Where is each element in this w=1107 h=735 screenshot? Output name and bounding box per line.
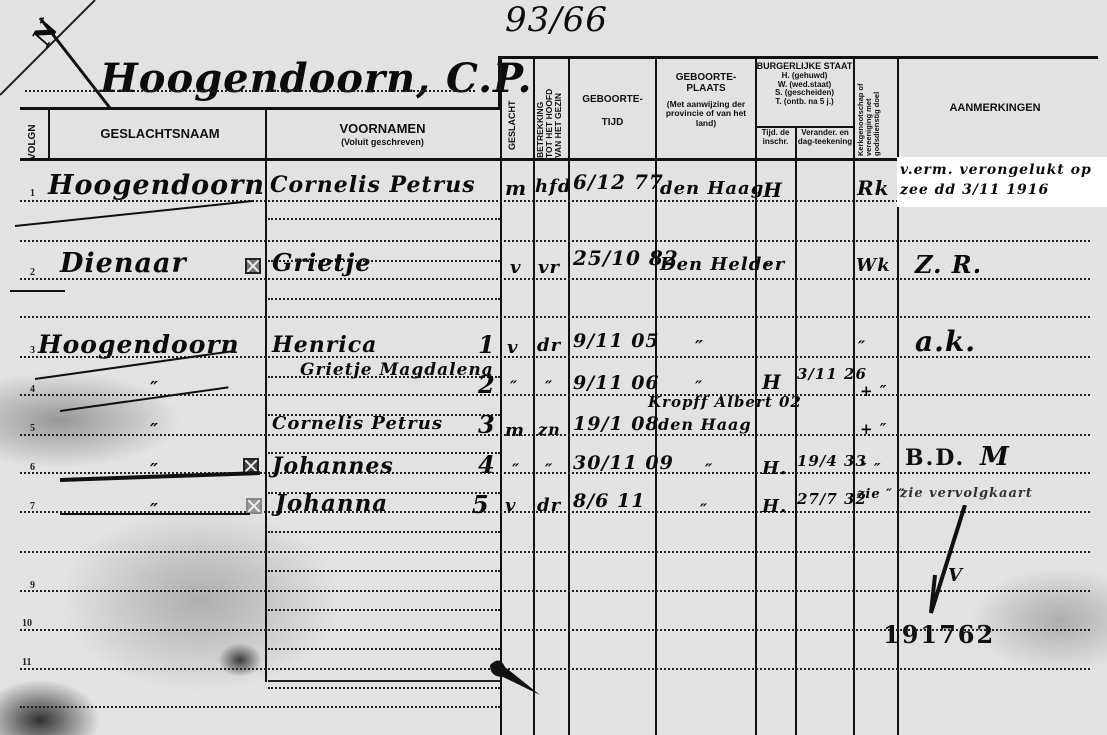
card-number: 93/66 <box>505 0 608 40</box>
row4-strikethrough <box>60 386 229 412</box>
row7-birth-place: ″ <box>700 500 708 519</box>
row3-remarks: a.k. <box>915 325 976 358</box>
row1-remarks: v.erm. verongelukt op zee dd 3/11 1916 <box>900 160 1100 200</box>
row2-relation: vr <box>538 257 560 278</box>
row5-relation: zn <box>538 420 561 439</box>
col-line-volgn <box>48 107 50 159</box>
header-top-border-left <box>20 107 500 110</box>
row3-religion: ″ <box>858 337 866 356</box>
row1-sex: m <box>505 176 527 200</box>
row-number: 11 <box>22 657 31 668</box>
header-geboortetijd: GEBOORTE- TIJD <box>570 94 655 128</box>
row5-surname: ″ <box>150 420 159 441</box>
row2-surname: Dienaar <box>60 248 187 279</box>
row6-given-names: Johannes <box>272 453 394 479</box>
row1-given-names: Cornelis Petrus <box>270 172 476 198</box>
header-bottom-border <box>20 158 898 161</box>
row1-surname: Hoogendoorn <box>48 170 265 201</box>
row-number: 6 <box>30 462 35 473</box>
check-mark-icon <box>925 505 985 615</box>
row6-civil-date: 19/4 33 <box>797 452 867 470</box>
row5-religion: + ″ <box>860 420 888 438</box>
row-number: 7 <box>30 501 35 512</box>
row7-relation: dr <box>537 495 561 516</box>
row1-birth-date: 6/12 77 <box>573 170 664 194</box>
remarks-stamp-bd: B.D. <box>905 445 965 471</box>
head-of-household-name: Hoogendoorn, C.P. <box>100 55 532 102</box>
row2-underline <box>10 290 65 292</box>
header-tijd-inschr: Tijd. de inschr. <box>756 129 795 147</box>
row4-spouse-note: Kropff Albert 02 <box>648 393 802 411</box>
row2-remarks: Z. R. <box>915 250 982 279</box>
deceased-box-icon <box>246 498 262 514</box>
row-subline <box>268 687 500 689</box>
row7-birth-date: 8/6 11 <box>573 490 645 512</box>
row3-relation: dr <box>537 335 561 356</box>
header-kerkgenootschap: Kerkgenootschap of vereeniging met godsd… <box>857 83 881 156</box>
row-number: 3 <box>30 345 35 356</box>
row7-civil-status: H. <box>762 496 787 517</box>
row4-given-names: Grietje Magdalena <box>300 360 494 380</box>
row2-civil-status: ″ <box>765 260 774 281</box>
row1-civil-status: H <box>763 178 783 202</box>
row-number: 10 <box>22 618 32 629</box>
row2-sex: v <box>510 257 521 278</box>
header-geslacht: GESLACHT <box>508 101 517 151</box>
header-burgerlijke-staat: BURGERLIJKE STAAT H. (gehuwd) W. (wed.st… <box>756 62 853 107</box>
header-geslachtsnaam: GESLACHTSNAAM <box>60 127 260 141</box>
row6-sex: ″ <box>512 460 520 479</box>
row4-civil-status: H <box>762 370 782 394</box>
deceased-box-icon <box>245 258 261 274</box>
row4-civil-date: 3/11 26 <box>797 365 867 383</box>
row-number: 5 <box>30 423 35 434</box>
row6-birth-date: 30/11 09 <box>573 452 674 474</box>
row6-relation: ″ <box>545 460 553 479</box>
row-subline <box>268 609 500 611</box>
row-line <box>20 316 1090 318</box>
row4-religion: + ″ <box>860 382 888 400</box>
order-mark: 1 <box>478 330 496 359</box>
row3-birth-place: ″ <box>695 337 704 358</box>
row-line <box>20 668 1090 670</box>
header-volgn: VOLGN <box>28 124 39 160</box>
row5-sex: m <box>505 420 525 441</box>
row3-birth-date: 9/11 05 <box>573 330 660 352</box>
row-number: 2 <box>30 267 35 278</box>
row-subline <box>268 570 500 572</box>
header-voornamen-sub: (Voluit geschreven) <box>270 138 495 148</box>
remarks-initial: M <box>980 442 1010 472</box>
header-verander: Verander. en dag-teekening <box>797 129 853 147</box>
col-line-verander <box>795 128 797 735</box>
check-initial: V <box>948 565 963 586</box>
row6-birth-place: ″ <box>705 460 713 479</box>
row7-religion: zie ″ ″ <box>857 487 905 502</box>
header-aanmerkingen: AANMERKINGEN <box>900 102 1090 114</box>
order-mark: 3 <box>478 410 496 439</box>
order-mark: 2 <box>478 370 496 399</box>
name-underline <box>25 90 475 92</box>
header-voornamen: VOORNAMEN <box>270 122 495 136</box>
row2-religion: Wk <box>856 255 891 276</box>
row-line <box>20 240 1090 242</box>
row-number: 4 <box>30 384 35 395</box>
row4-birth-date: 9/11 06 <box>573 372 660 394</box>
row-number: 9 <box>30 580 35 591</box>
row1-relation: hfd <box>535 176 571 197</box>
header-geboorteplaats: GEBOORTE- PLAATS <box>657 72 755 94</box>
row7-remarks: zie vervolgkaart <box>900 486 1033 501</box>
row7-sex: v <box>505 495 516 516</box>
row6-civil-status: H. <box>762 458 787 479</box>
header-betrekking: BETREKKING TOT HET HOOFD VAN HET GEZIN <box>536 89 563 158</box>
row6-religion: ″ ″ <box>860 460 882 478</box>
names-box-bottom <box>268 680 500 682</box>
row5-birth-place: den Haag <box>658 415 752 434</box>
row3-given-names: Henrica <box>272 332 377 358</box>
row1-birth-place: den Haag <box>660 178 764 199</box>
row-subline <box>268 218 500 220</box>
order-mark: 5 <box>472 490 490 519</box>
order-mark: 4 <box>478 450 496 479</box>
row7-strikethrough <box>60 513 250 515</box>
archive-stamp-number: 191762 <box>883 620 995 649</box>
row7-surname: ″ <box>150 500 159 521</box>
row-subline <box>268 298 500 300</box>
row-subline <box>268 531 500 533</box>
row-subline <box>268 648 500 650</box>
row-number: 1 <box>30 188 35 199</box>
header-geboorteplaats-sub: (Met aanwijzing der provincie of van het… <box>660 100 752 128</box>
header-top-border-right <box>498 56 1098 59</box>
ink-blot <box>485 655 545 700</box>
population-register-card: N 93/66 Hoogendoorn, C.P. VOLGN GESLACHT… <box>0 0 1107 735</box>
row-line <box>20 706 500 708</box>
row1-religion: Rk <box>857 176 889 200</box>
row1-strikethrough <box>15 200 254 227</box>
row2-given-names: Grietje <box>272 248 372 277</box>
row5-given-names: Cornelis Petrus <box>272 413 443 434</box>
row3-sex: v <box>507 337 518 358</box>
row4-relation: ″ <box>545 377 553 396</box>
row4-sex: ″ <box>510 377 518 396</box>
row5-birth-date: 19/1 08 <box>573 413 660 435</box>
row7-given-names: Johanna <box>275 490 388 517</box>
